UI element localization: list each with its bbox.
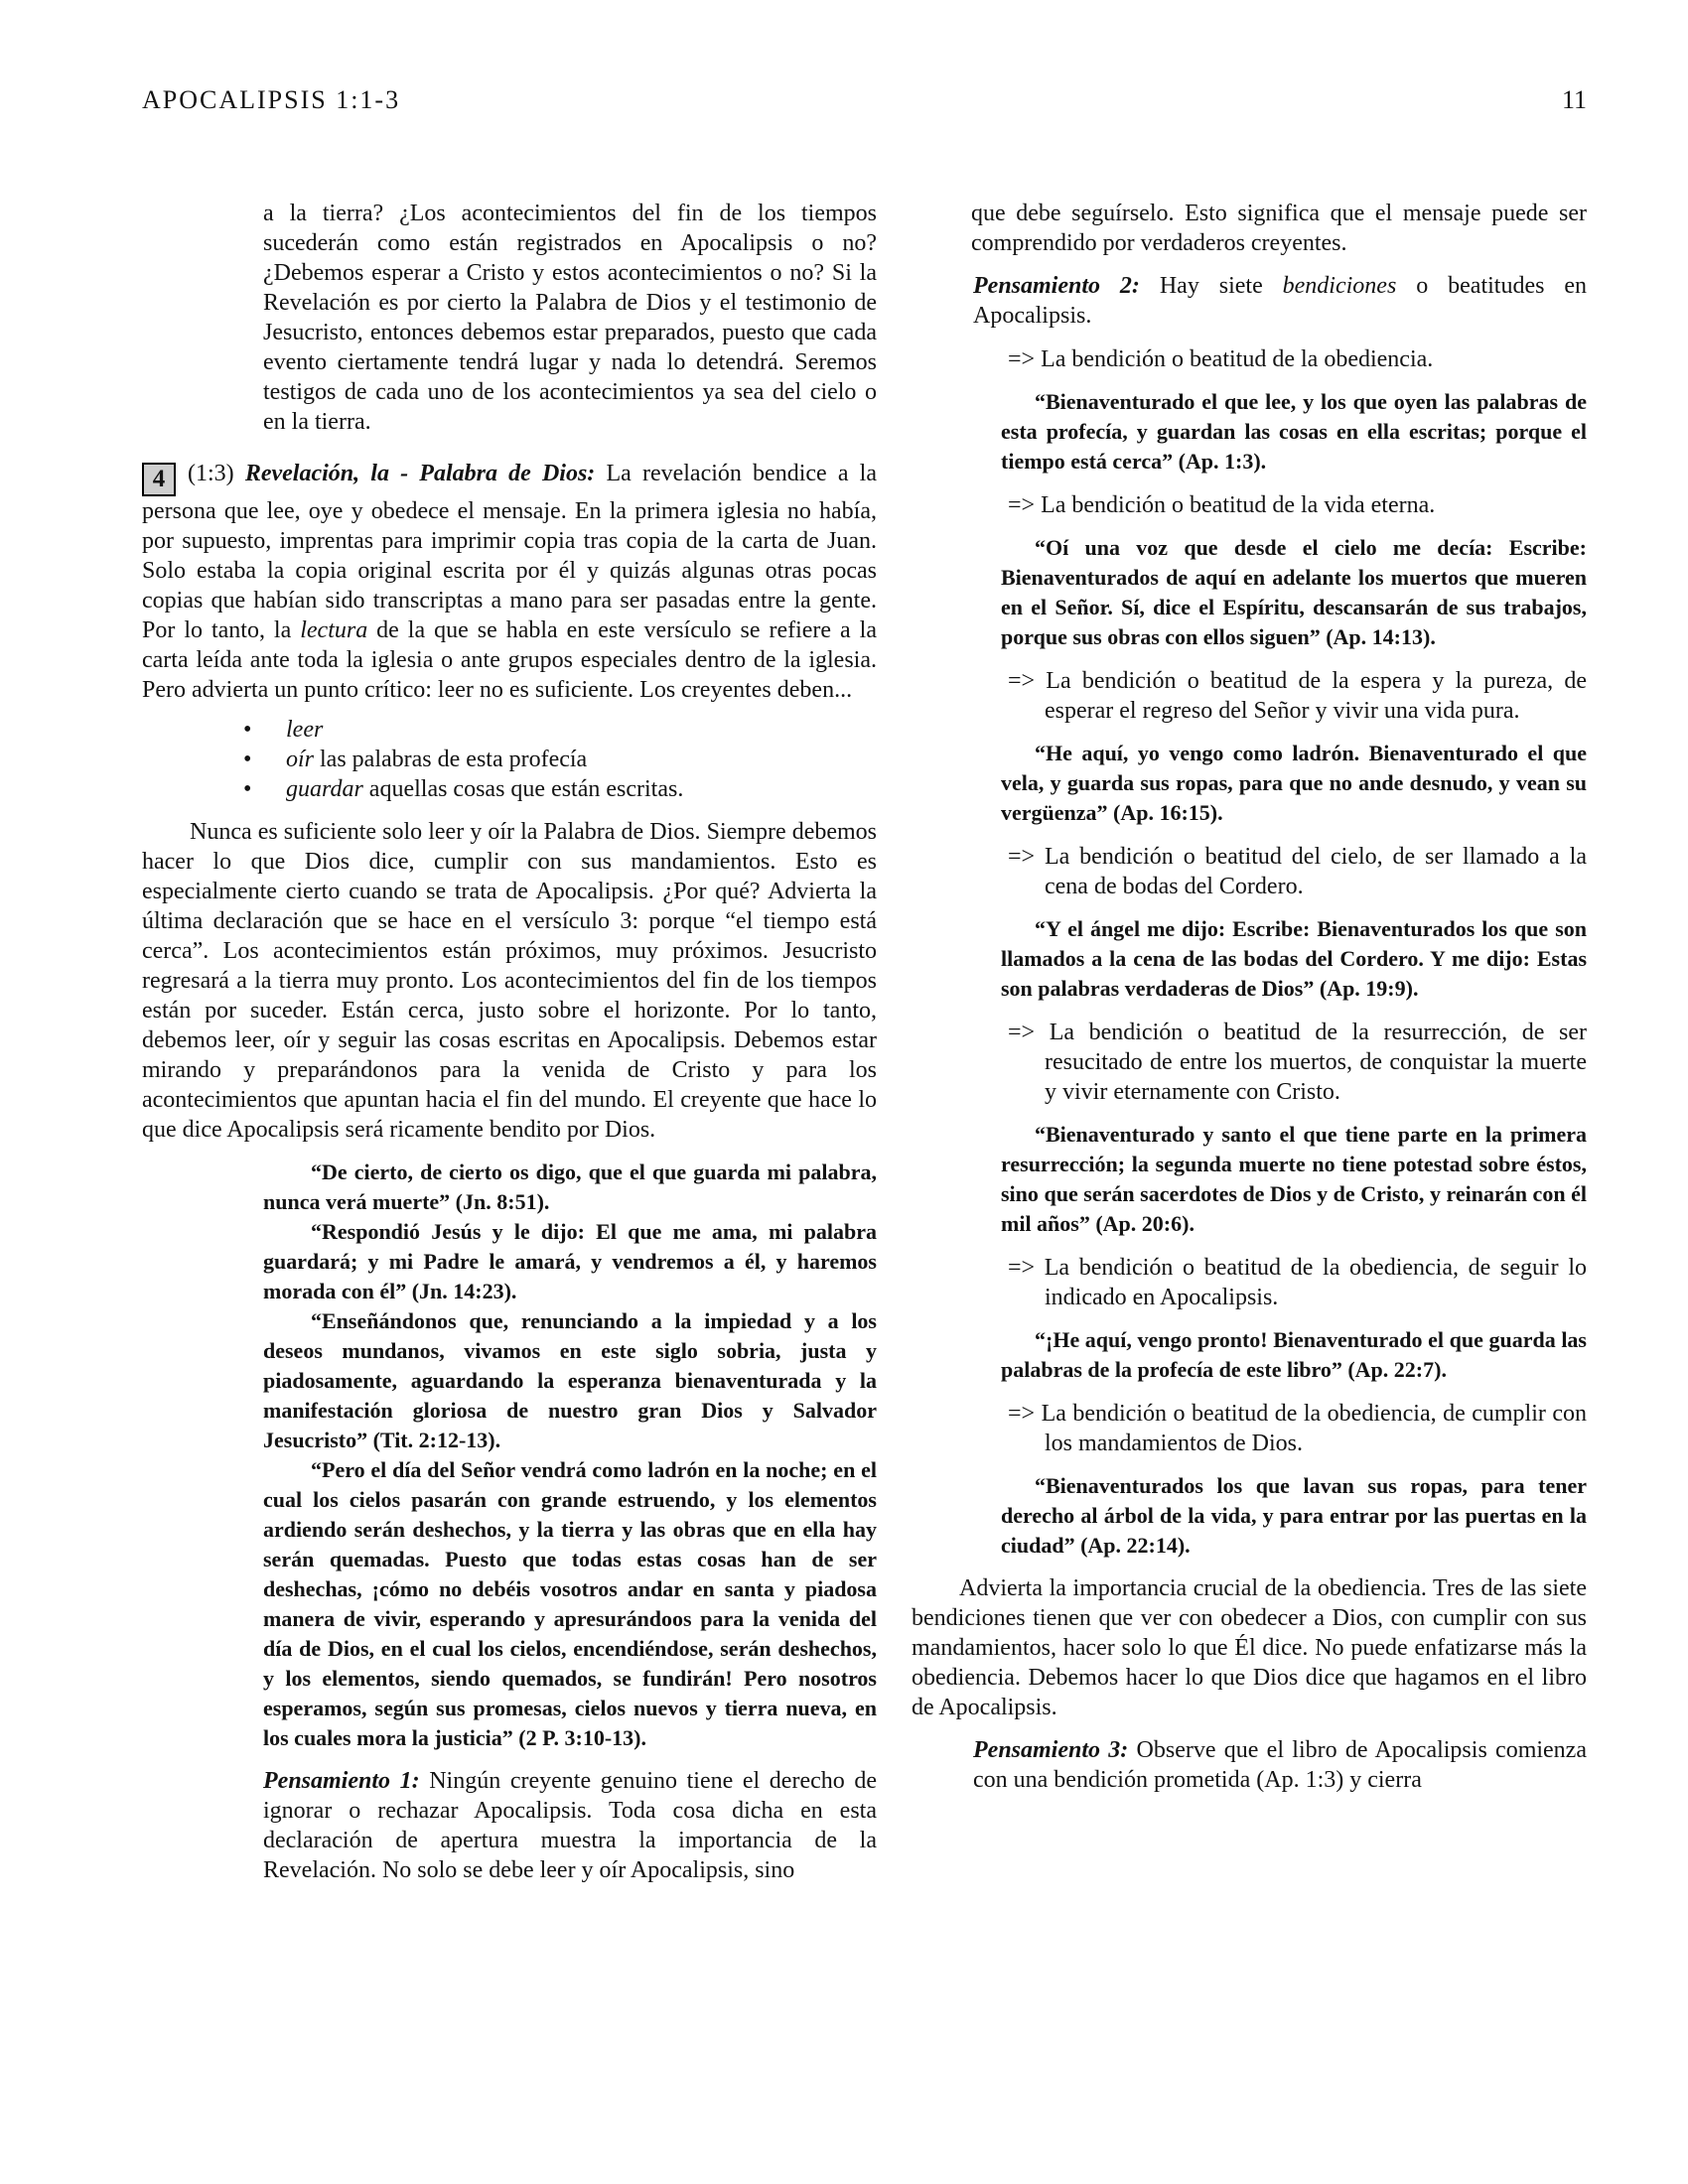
scripture-quote: “Y el ángel me dijo: Escribe: Bienaventu… bbox=[1001, 914, 1587, 1004]
text-run: La bendición o beatitud de la obediencia… bbox=[1041, 346, 1433, 372]
arrow-item: => La bendición o beatitud de la obedien… bbox=[912, 1253, 1587, 1312]
bullet-item: •leer bbox=[142, 715, 877, 745]
text-run: Advierta la importancia crucial de la ob… bbox=[912, 1575, 1587, 1720]
text-run: aquellas cosas que están escritas. bbox=[363, 776, 684, 802]
arrow-item: => La bendición o beatitud de la vida et… bbox=[912, 490, 1587, 520]
bullet-item: •guardar aquellas cosas que están escrit… bbox=[142, 774, 877, 804]
paragraph: que debe seguírselo. Esto significa que … bbox=[971, 199, 1587, 258]
text-run: oír bbox=[286, 747, 314, 772]
text-run: “Pero el día del Señor vendrá como ladró… bbox=[263, 1457, 877, 1750]
text-run: “¡He aquí, vengo pronto! Bienaventurado … bbox=[1001, 1327, 1587, 1382]
scripture-quote: “Oí una voz que desde el cielo me decía:… bbox=[1001, 533, 1587, 652]
text-run: Pensamiento 1: bbox=[263, 1768, 429, 1794]
arrow-icon: => bbox=[1008, 844, 1045, 870]
text-run: leer bbox=[286, 717, 323, 743]
scripture-quote: “Bienaventurado y santo el que tiene par… bbox=[1001, 1120, 1587, 1239]
text-run: bendiciones bbox=[1283, 273, 1397, 299]
page-header: APOCALIPSIS 1:1-3 11 bbox=[142, 85, 1587, 115]
text-run: “He aquí, yo vengo como ladrón. Bienaven… bbox=[1001, 741, 1587, 825]
text-run: “Oí una voz que desde el cielo me decía:… bbox=[1001, 535, 1587, 649]
arrow-icon: => bbox=[1008, 492, 1041, 518]
paragraph: Advierta la importancia crucial de la ob… bbox=[912, 1573, 1587, 1722]
text-run: “De cierto, de cierto os digo, que el qu… bbox=[263, 1160, 877, 1214]
text-run: las palabras de esta profecía bbox=[314, 747, 587, 772]
text-run: “Respondió Jesús y le dijo: El que me am… bbox=[263, 1219, 877, 1303]
scripture-quote: “Bienaventurado el que lee, y los que oy… bbox=[1001, 387, 1587, 477]
text-run: “Bienaventurado el que lee, y los que oy… bbox=[1001, 389, 1587, 474]
paragraph: Nunca es suficiente solo leer y oír la P… bbox=[142, 817, 877, 1145]
arrow-icon: => bbox=[1008, 1401, 1042, 1427]
outline-point: 4(1:3) Revelación, la - Palabra de Dios:… bbox=[142, 459, 877, 705]
left-column: a la tierra? ¿Los acontecimientos del fi… bbox=[142, 199, 877, 1885]
arrow-icon: => bbox=[1008, 1020, 1050, 1045]
paragraph: Pensamiento 1: Ningún creyente genuino t… bbox=[263, 1766, 877, 1885]
right-column: que debe seguírselo. Esto significa que … bbox=[912, 199, 1587, 1795]
scripture-quote: “Respondió Jesús y le dijo: El que me am… bbox=[263, 1217, 877, 1306]
scripture-quote: “Bienaventurados los que lavan sus ropas… bbox=[1001, 1471, 1587, 1561]
text-run: La bendición o beatitud de la resurrecci… bbox=[1045, 1020, 1587, 1105]
arrow-item: => La bendición o beatitud de la obedien… bbox=[912, 344, 1587, 374]
paragraph: Pensamiento 3: Observe que el libro de A… bbox=[973, 1735, 1587, 1795]
scripture-quote: “Pero el día del Señor vendrá como ladró… bbox=[263, 1455, 877, 1753]
text-run: Nunca es suficiente solo leer y oír la P… bbox=[142, 819, 877, 1143]
text-run: La bendición o beatitud de la obediencia… bbox=[1045, 1255, 1587, 1310]
text-run: lectura bbox=[300, 617, 367, 643]
arrow-item: => La bendición o beatitud de la obedien… bbox=[912, 1399, 1587, 1458]
text-run: “Bienaventurado y santo el que tiene par… bbox=[1001, 1122, 1587, 1236]
text-run: La bendición o beatitud de la espera y l… bbox=[1045, 668, 1587, 724]
text-run: (1:3) bbox=[188, 461, 245, 486]
text-run: Revelación, la - Palabra de Dios: bbox=[245, 461, 607, 486]
arrow-item: => La bendición o beatitud del cielo, de… bbox=[912, 842, 1587, 901]
text-run: a la tierra? ¿Los acontecimientos del fi… bbox=[263, 201, 877, 435]
bullet-icon: • bbox=[243, 774, 286, 804]
text-run: La revelación bendice a la persona que l… bbox=[142, 461, 877, 643]
outline-number-badge: 4 bbox=[142, 463, 176, 496]
page-number: 11 bbox=[1562, 85, 1587, 115]
bullet-item: •oír las palabras de esta profecía bbox=[142, 745, 877, 774]
arrow-icon: => bbox=[1008, 668, 1046, 694]
bullet-icon: • bbox=[243, 715, 286, 745]
scripture-quote: “He aquí, yo vengo como ladrón. Bienaven… bbox=[1001, 739, 1587, 828]
arrow-item: => La bendición o beatitud de la resurre… bbox=[912, 1018, 1587, 1107]
scripture-quote: “Enseñándonos que, renunciando a la impi… bbox=[263, 1306, 877, 1455]
bullet-list: •leer•oír las palabras de esta profecía•… bbox=[142, 715, 877, 804]
arrow-item: => La bendición o beatitud de la espera … bbox=[912, 666, 1587, 726]
text-run: Hay siete bbox=[1160, 273, 1283, 299]
paragraph: a la tierra? ¿Los acontecimientos del fi… bbox=[263, 199, 877, 437]
text-run: “Y el ángel me dijo: Escribe: Bienaventu… bbox=[1001, 916, 1587, 1001]
scripture-quote: “De cierto, de cierto os digo, que el qu… bbox=[263, 1158, 877, 1217]
text-run: La bendición o beatitud de la obediencia… bbox=[1042, 1401, 1587, 1456]
bullet-icon: • bbox=[243, 745, 286, 774]
text-run: “Bienaventurados los que lavan sus ropas… bbox=[1001, 1473, 1587, 1558]
book-page: APOCALIPSIS 1:1-3 11 a la tierra? ¿Los a… bbox=[0, 0, 1688, 2184]
text-run: Pensamiento 2: bbox=[973, 273, 1160, 299]
text-run: Pensamiento 3: bbox=[973, 1737, 1137, 1763]
text-run: La bendición o beatitud de la vida etern… bbox=[1041, 492, 1435, 518]
paragraph: Pensamiento 2: Hay siete bendiciones o b… bbox=[973, 271, 1587, 331]
running-head: APOCALIPSIS 1:1-3 bbox=[142, 85, 400, 115]
scripture-quote: “¡He aquí, vengo pronto! Bienaventurado … bbox=[1001, 1325, 1587, 1385]
text-run: “Enseñándonos que, renunciando a la impi… bbox=[263, 1308, 877, 1452]
text-run: La bendición o beatitud del cielo, de se… bbox=[1045, 844, 1587, 899]
text-run: que debe seguírselo. Esto significa que … bbox=[971, 201, 1587, 256]
arrow-icon: => bbox=[1008, 346, 1041, 372]
text-run: guardar bbox=[286, 776, 363, 802]
arrow-icon: => bbox=[1008, 1255, 1045, 1281]
